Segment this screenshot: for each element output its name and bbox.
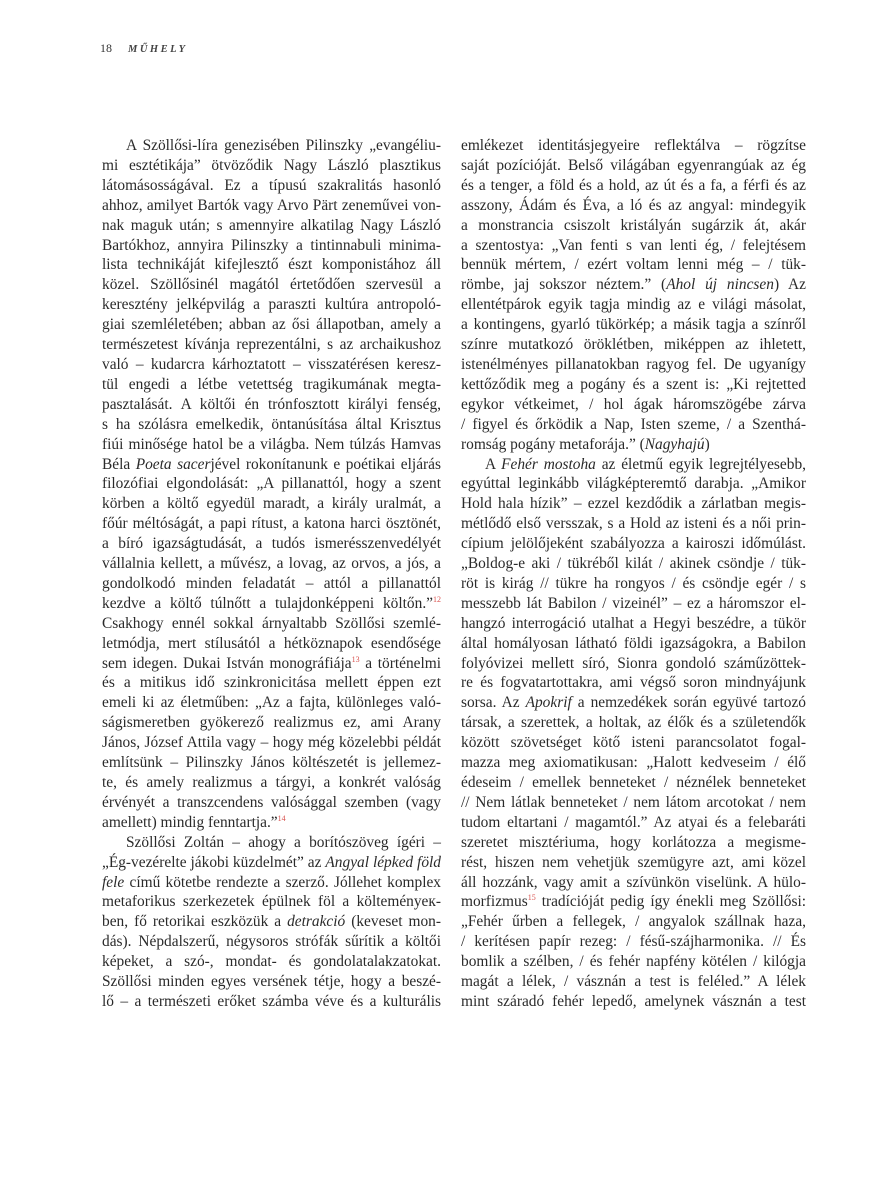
text-line: természetest kívánja reprezentálni, s az… bbox=[102, 335, 441, 355]
text-line: pasztalását. A költői én trónfosztott ki… bbox=[102, 395, 441, 415]
text-line: a bíró igazságtudását, a tudós ismeréssz… bbox=[102, 534, 441, 554]
text-line: // Nem látlak benneteket / nem látom arc… bbox=[461, 793, 806, 813]
text-line: röt is kirág // tükre ha rongyos / és cs… bbox=[461, 574, 806, 594]
italic-title: Angyal lépked föld bbox=[325, 854, 441, 871]
text-line: való – kudarcra kárhoztatott – visszatér… bbox=[102, 355, 441, 375]
left-column: A Szöllősi-líra genezisében Pilinszky „e… bbox=[102, 136, 441, 1012]
text-line: fele című kötetbe rendezte a szerző. Jól… bbox=[102, 873, 441, 893]
text-line: messzebb lát Babilon / vizeinél” – ez a … bbox=[461, 594, 806, 614]
text-line: látomásosságával. Ez a típusú szakralitá… bbox=[102, 176, 441, 196]
text-line: s ha szólásra emelkedik, öntanúsítása ál… bbox=[102, 415, 441, 435]
text-line: „Boldog-e aki / tükréből kilát / akinek … bbox=[461, 554, 806, 574]
text-line: métlődő első versszak, s a Hold az isten… bbox=[461, 514, 806, 534]
text-line: cípium jelölőjeként szabályozza a kairos… bbox=[461, 534, 806, 554]
text-line: áll hozzánk, vagy amit a szívünkön visel… bbox=[461, 873, 806, 893]
italic-title: Ahol új nincsen bbox=[666, 276, 774, 293]
text-line: kettőződik meg a pogány és a szent is: „… bbox=[461, 375, 806, 395]
text-line: hangzó interrogáció utalhat a Hegyi besz… bbox=[461, 614, 806, 634]
text-line: ellentétpárok egyik tagja mindig az e vi… bbox=[461, 295, 806, 315]
text-line: Szöllősi minden egyes versének tétje, ho… bbox=[102, 972, 441, 992]
italic-title: fele bbox=[102, 874, 124, 891]
text-line: „Fehér űrben a fellegek, / angyalok szál… bbox=[461, 912, 806, 932]
text-line: sorsa. Az Apokrif a nemzedékek során egy… bbox=[461, 693, 806, 713]
text-line: egykor vétkeimet, / hol ágak háromszögéb… bbox=[461, 395, 806, 415]
text-line: Bartókhoz, annyira Pilinszky a tintinnab… bbox=[102, 236, 441, 256]
text-line: saját pozícióját. Belső világában egyenr… bbox=[461, 156, 806, 176]
italic-title: detrakció bbox=[287, 913, 345, 930]
text-line: giai szemléletében; abban az ősi állapot… bbox=[102, 315, 441, 335]
text-line: römbe, jaj sokszor néztem.” (Ahol új nin… bbox=[461, 275, 806, 295]
text-line: a szentostya: „Van fenti s van lenti ég,… bbox=[461, 236, 806, 256]
text-line: tül engedi a létbe vetettség tragikumána… bbox=[102, 375, 441, 395]
text-line: közel. Szöllősinél magától értetődően sz… bbox=[102, 275, 441, 295]
text-line: és a mitikus idő szinkronicitása mellett… bbox=[102, 673, 441, 693]
text-line: között szövetséget kötő isteni parancsol… bbox=[461, 733, 806, 753]
text-line: körben a költő egyedül maradt, a király … bbox=[102, 494, 441, 514]
text-line: / figyel és őrködik a Nap, Isten szeme, … bbox=[461, 415, 806, 435]
italic-title: Poeta sacer bbox=[136, 456, 211, 473]
footnote-marker[interactable]: 15 bbox=[528, 893, 536, 902]
text-line: lista technikáját kifejlesztő észt kompo… bbox=[102, 255, 441, 275]
text-line: emeli ki az életműben: „Az a fajta, külö… bbox=[102, 693, 441, 713]
text-line: egyúttal leginkább világképteremtő darab… bbox=[461, 474, 806, 494]
text-line: mint száradó fehér lepedő, amelynek vász… bbox=[461, 992, 806, 1012]
footnote-marker[interactable]: 13 bbox=[352, 655, 360, 664]
text-line: / kerítésen papír rezeg: / fésű-szájharm… bbox=[461, 932, 806, 952]
text-line: romság pogány metaforája.” (Nagyhajú) bbox=[461, 435, 806, 455]
text-line: főúr méltóságát, a papi rítust, a katona… bbox=[102, 514, 441, 534]
text-line: színre mutatkozó öröklétben, miképpen az… bbox=[461, 335, 806, 355]
text-line: bomlik a szélben, / és fehér napfény köt… bbox=[461, 952, 806, 972]
text-line: lő – a természeti erőket számba véve és … bbox=[102, 992, 441, 1012]
text-line: istenélményes pillanatokban ragyog fel. … bbox=[461, 355, 806, 375]
text-line: Béla Poeta sacerjével rokonítanunk e poé… bbox=[102, 455, 441, 475]
right-column: emlékezet identitásjegyeire reflektálva … bbox=[461, 136, 806, 1012]
text-line: Szöllősi Zoltán – ahogy a borítószöveg í… bbox=[102, 833, 441, 853]
text-line: metaforikus szerkezetek épülnek föl a kö… bbox=[102, 892, 441, 912]
text-line: nak maguk után; s amennyire alkatilag Na… bbox=[102, 216, 441, 236]
text-line: rést, hiszen nem vehetjük szemügyre azt,… bbox=[461, 853, 806, 873]
text-line: A Fehér mostoha az életmű egyik legrejté… bbox=[461, 455, 806, 475]
text-line: édeseim / emellek benneteket / néznélek … bbox=[461, 773, 806, 793]
text-line: mi esztétikája” ötvöződik Nagy László pl… bbox=[102, 156, 441, 176]
text-line: bennük mértem, / ezért voltam lenni még … bbox=[461, 255, 806, 275]
text-line: ságismeretben gyökerező realizmus ez, am… bbox=[102, 713, 441, 733]
text-line: dás). Népdalszerű, négysoros strófák sűr… bbox=[102, 932, 441, 952]
text-line: a monstrancia csiszolt kristályán sugárz… bbox=[461, 216, 806, 236]
text-line: letmódja, mert stílusától a hétköznapok … bbox=[102, 634, 441, 654]
footnote-marker[interactable]: 14 bbox=[278, 814, 286, 823]
text-line: mazza meg axiomatikusan: „Halott kedvese… bbox=[461, 753, 806, 773]
text-line: emlékezet identitásjegyeire reflektálva … bbox=[461, 136, 806, 156]
text-line: morfizmus15 tradícióját pedig így énekli… bbox=[461, 892, 806, 912]
text-line: „Ég-vezérelte jákobi küzdelmét” az Angya… bbox=[102, 853, 441, 873]
text-line: folyóvizei mellett síró, Sionra gondoló … bbox=[461, 654, 806, 674]
text-line: Hold hala hízik” – ezzel kezdődik a zárl… bbox=[461, 494, 806, 514]
text-line: ben, fő retorikai eszközük a detrakció (… bbox=[102, 912, 441, 932]
text-line: keresztény jelképvilág a paraszti kultúr… bbox=[102, 295, 441, 315]
text-line: amellett) mindig fenntartja.”14 bbox=[102, 813, 441, 833]
text-line: fiúi minősége hatol be a világba. Nem tú… bbox=[102, 435, 441, 455]
text-line: magát a lélek, / vásznán a test is felél… bbox=[461, 972, 806, 992]
text-line: re és fogvatartottakra, ami végső soron … bbox=[461, 673, 806, 693]
text-line: A Szöllősi-líra genezisében Pilinszky „e… bbox=[102, 136, 441, 156]
italic-title: Fehér mostoha bbox=[501, 456, 596, 473]
text-line: említsünk – Pilinszky János költészetét … bbox=[102, 753, 441, 773]
text-line: kezdve a költő túlnőtt a tulajdonképpeni… bbox=[102, 594, 441, 614]
footnote-marker[interactable]: 12 bbox=[433, 595, 441, 604]
text-line: tudom eltartani / magamtól.” Az atyai és… bbox=[461, 813, 806, 833]
text-line: által homályosan látható földi igazságok… bbox=[461, 634, 806, 654]
text-line: filozófiai elgondolását: „A pillanattól,… bbox=[102, 474, 441, 494]
text-line: vállalnia kellett, a művész, a lovag, az… bbox=[102, 554, 441, 574]
text-line: János, József Attila vagy – hogy még köz… bbox=[102, 733, 441, 753]
text-line: te, és amely realizmus a tárgyi, a konkr… bbox=[102, 773, 441, 793]
text-line: társak, a szerettek, a holtak, az élők é… bbox=[461, 713, 806, 733]
text-line: a kontingens, gyarló tükörkép; a másik t… bbox=[461, 315, 806, 335]
text-line: gondolkodó minden feladatát – attól a pi… bbox=[102, 574, 441, 594]
text-line: érvényét a transzcendens valósággal szem… bbox=[102, 793, 441, 813]
text-line: asszony, Ádám és Éva, a ló és az angyal:… bbox=[461, 196, 806, 216]
text-line: ahhoz, amilyet Bartók vagy Arvo Pärt zen… bbox=[102, 196, 441, 216]
running-head: 18 MŰHELY bbox=[100, 41, 188, 56]
italic-title: Apokrif bbox=[526, 694, 572, 711]
text-line: sem idegen. Dukai István monográfiája13 … bbox=[102, 654, 441, 674]
italic-title: Nagyhajú bbox=[645, 436, 705, 453]
text-line: képeket, a szó-, mondat- és gondolatalak… bbox=[102, 952, 441, 972]
section-title: MŰHELY bbox=[128, 44, 188, 55]
page-number: 18 bbox=[100, 41, 112, 56]
text-line: és a tenger, a föld és a hold, az út és … bbox=[461, 176, 806, 196]
text-line: Csakhogy ennél sokkal árnyaltabb Szöllős… bbox=[102, 614, 441, 634]
text-line: szeretet misztériuma, hogy korlátozza a … bbox=[461, 833, 806, 853]
